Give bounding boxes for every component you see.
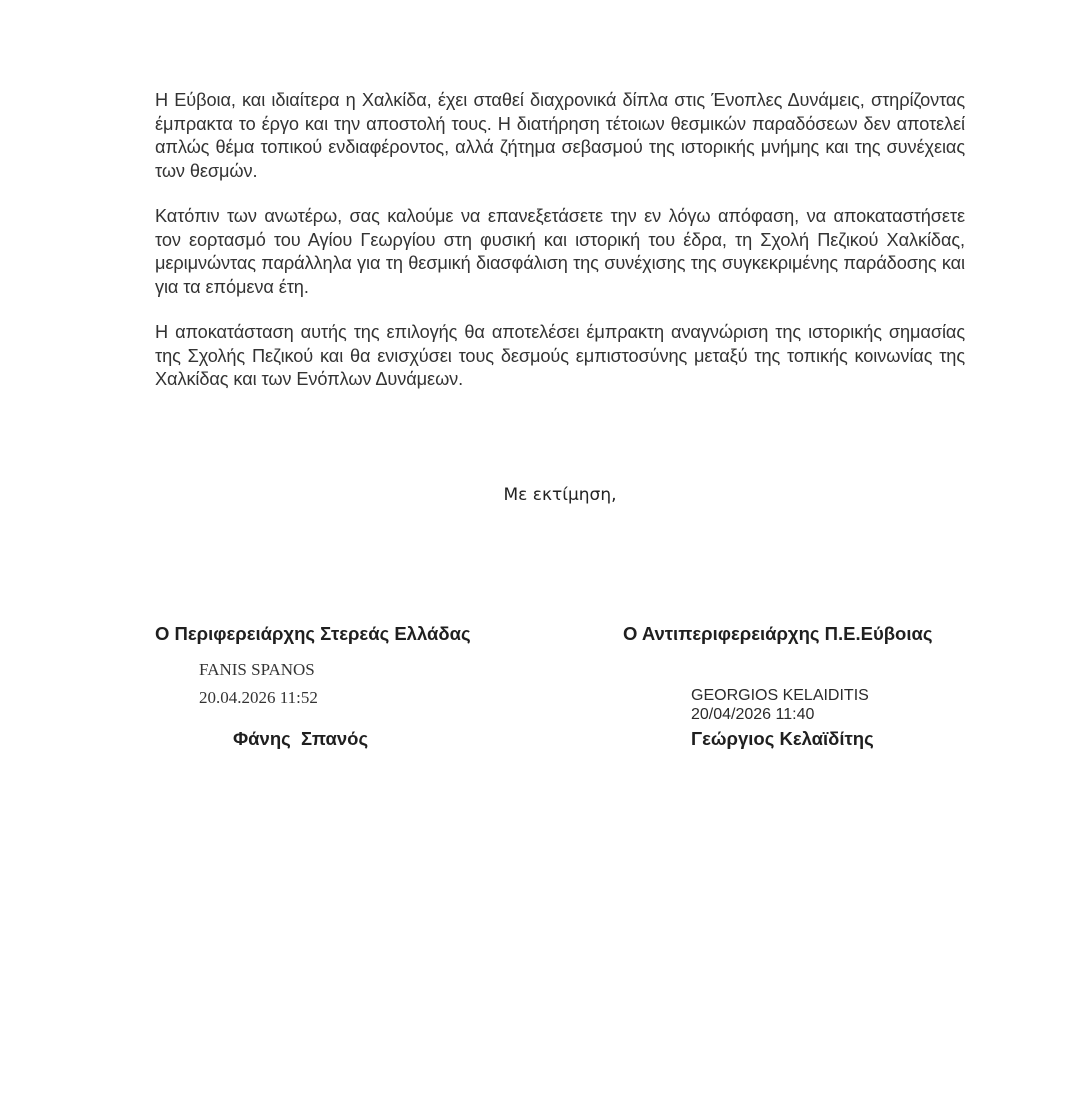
document-page: Η Εύβοια, και ιδιαίτερα η Χαλκίδα, έχει … xyxy=(0,0,1080,1099)
digital-signature-name: FANIS SPANOS xyxy=(199,660,315,680)
signatory-title: Ο Αντιπεριφερειάρχης Π.Ε.Εύβοιας xyxy=(623,623,932,645)
signatory-name: Γεώργιος Κελαϊδίτης xyxy=(691,728,874,750)
digital-signature-name: GEORGIOS KELAIDITIS xyxy=(691,686,869,705)
paragraph-1: Η Εύβοια, και ιδιαίτερα η Χαλκίδα, έχει … xyxy=(155,89,965,183)
paragraph-3: Η αποκατάσταση αυτής της επιλογής θα απο… xyxy=(155,321,965,392)
signatory-name: Φάνης Σπανός xyxy=(233,728,368,750)
closing-salutation: Με εκτίμηση, xyxy=(0,485,1080,505)
digital-signature-date: 20/04/2026 11:40 xyxy=(691,705,814,724)
signatory-title: Ο Περιφερειάρχης Στερεάς Ελλάδας xyxy=(155,623,471,645)
digital-signature-date: 20.04.2026 11:52 xyxy=(199,688,318,708)
paragraph-2: Κατόπιν των ανωτέρω, σας καλούμε να επαν… xyxy=(155,205,965,299)
